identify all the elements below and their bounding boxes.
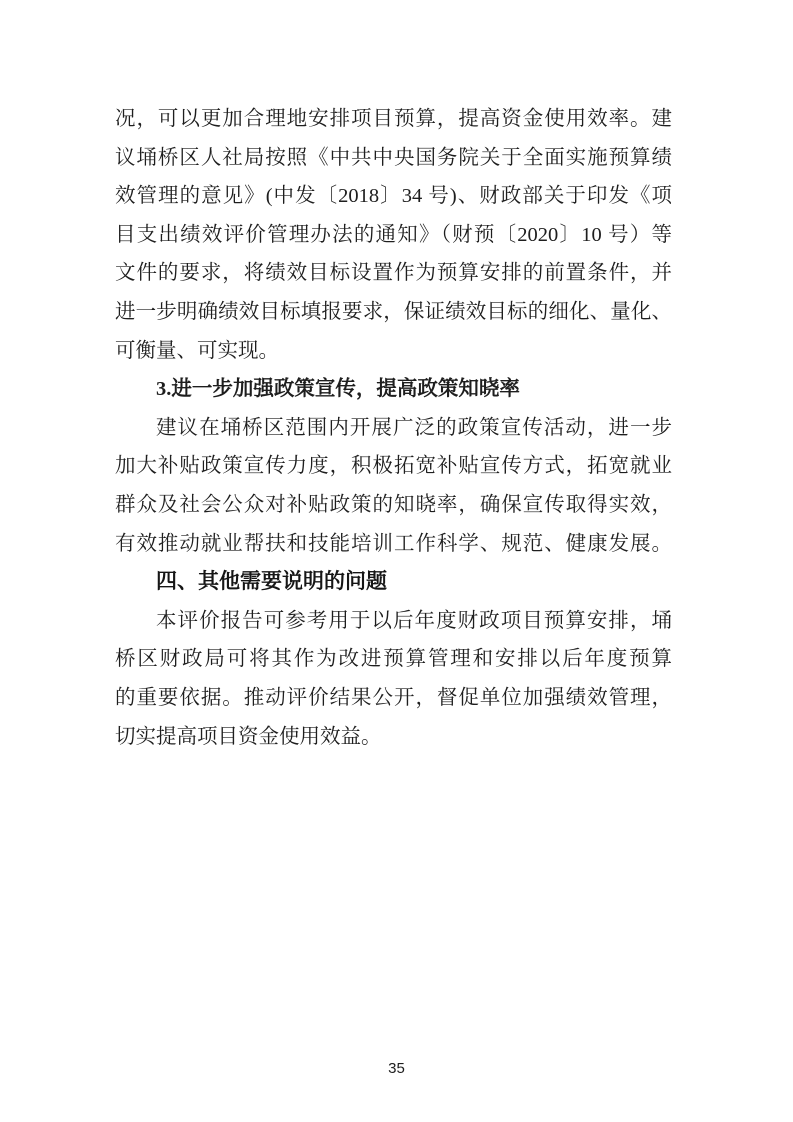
body-line: 切实提高项目资金使用效益。 <box>115 718 672 757</box>
body-line: 有效推动就业帮扶和技能培训工作科学、规范、健康发展。 <box>115 525 672 564</box>
body-line: 群众及社会公众对补贴政策的知晓率，确保宣传取得实效， <box>115 486 672 525</box>
body-line: 本评价报告可参考用于以后年度财政项目预算安排，埇 <box>115 602 672 641</box>
body-line: 的重要依据。推动评价结果公开，督促单位加强绩效管理， <box>115 679 672 718</box>
body-line: 加大补贴政策宣传力度，积极拓宽补贴宣传方式，拓宽就业 <box>115 447 672 486</box>
body-line: 目支出绩效评价管理办法的通知》（财预〔2020〕10 号）等 <box>115 216 672 255</box>
page-content: 况，可以更加合理地安排项目预算，提高资金使用效率。建 议埇桥区人社局按照《中共中… <box>115 100 672 756</box>
body-line: 文件的要求，将绩效目标设置作为预算安排的前置条件，并 <box>115 254 672 293</box>
body-line: 进一步明确绩效目标填报要求，保证绩效目标的细化、量化、 <box>115 293 672 332</box>
heading-section-3: 3.进一步加强政策宣传，提高政策知晓率 <box>115 370 672 409</box>
body-line: 可衡量、可实现。 <box>115 332 672 371</box>
heading-section-4: 四、其他需要说明的问题 <box>115 563 672 602</box>
body-line: 桥区财政局可将其作为改进预算管理和安排以后年度预算 <box>115 640 672 679</box>
page-number: 35 <box>0 1060 793 1077</box>
body-line: 议埇桥区人社局按照《中共中央国务院关于全面实施预算绩 <box>115 139 672 178</box>
document-page: 况，可以更加合理地安排项目预算，提高资金使用效率。建 议埇桥区人社局按照《中共中… <box>0 0 793 1122</box>
body-line: 建议在埇桥区范围内开展广泛的政策宣传活动，进一步 <box>115 409 672 448</box>
body-line: 效管理的意见》(中发〔2018〕34 号)、财政部关于印发《项 <box>115 177 672 216</box>
body-line: 况，可以更加合理地安排项目预算，提高资金使用效率。建 <box>115 100 672 139</box>
